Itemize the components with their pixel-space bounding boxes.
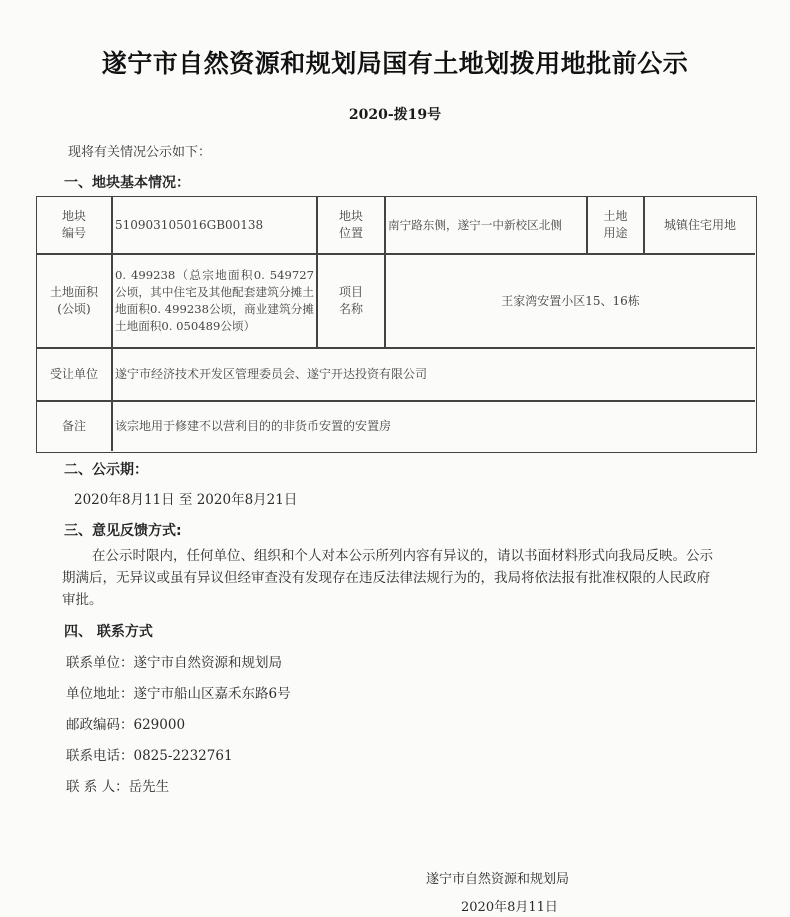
parcel-number-label: 地块 编号 xyxy=(37,197,111,253)
contact-address-value: 遂宁市船山区嘉禾东路6号 xyxy=(134,686,291,702)
contact-unit-label: 联系单位： xyxy=(66,655,134,671)
contact-postcode-label: 邮政编码： xyxy=(66,717,134,733)
contact-phone: 联系电话：0825-2232761 xyxy=(66,744,233,764)
contact-postcode-value: 629000 xyxy=(134,717,186,733)
parcel-location-value: 南宁路东侧，遂宁一中新校区北侧 xyxy=(386,197,586,253)
project-name-value: 王家湾安置小区15、16栋 xyxy=(386,255,755,347)
section3-heading: 三、意见反馈方式: xyxy=(64,520,182,540)
land-area-label: 土地面积 (公顷) xyxy=(37,255,111,347)
contact-address: 单位地址：遂宁市船山区嘉禾东路6号 xyxy=(66,682,291,702)
remark-value: 该宗地用于修建不以营利目的的非货币安置的安置房 xyxy=(113,402,755,451)
section2-heading: 二、公示期： xyxy=(64,459,148,479)
section4-heading: 四、 联系方式 xyxy=(64,621,153,641)
intro-text: 现将有关情况公示如下： xyxy=(68,141,211,160)
contact-person-value: 岳先生 xyxy=(129,779,170,795)
contact-person: 联 系 人：岳先生 xyxy=(66,775,169,795)
section1-heading: 一、地块基本情况： xyxy=(64,172,190,192)
contact-address-label: 单位地址： xyxy=(66,686,134,702)
contact-phone-label: 联系电话： xyxy=(66,748,134,764)
contact-phone-value: 0825-2232761 xyxy=(134,748,233,764)
contact-postcode: 邮政编码：629000 xyxy=(66,713,185,733)
feedback-paragraph: 在公示时限内，任何单位、组织和个人对本公示所列内容有异议的，请以书面材料形式向我… xyxy=(62,545,722,611)
contact-unit-value: 遂宁市自然资源和规划局 xyxy=(134,655,283,671)
signature-issuer: 遂宁市自然资源和规划局 xyxy=(426,868,569,887)
parcel-number-value: 510903105016GB00138 xyxy=(113,197,316,253)
parcel-info-table: 地块 编号 510903105016GB00138 地块 位置 南宁路东侧，遂宁… xyxy=(36,196,757,453)
project-name-label: 项目 名称 xyxy=(318,255,384,347)
document-title: 遂宁市自然资源和规划局国有土地划拨用地批前公示 xyxy=(0,44,790,80)
signature-date: 2020年8月11日 xyxy=(461,896,558,915)
land-area-value: 0. 499238（总宗地面积0. 549727公顷，其中住宅及其他配套建筑分摊… xyxy=(113,255,316,347)
remark-label: 备注 xyxy=(37,402,111,451)
publicity-period: 2020年8月11日 至 2020年8月21日 xyxy=(74,488,297,508)
assignee-label: 受让单位 xyxy=(37,349,111,400)
assignee-value: 遂宁市经济技术开发区管理委员会、遂宁开达投资有限公司 xyxy=(113,349,755,400)
document-number: 2020-拨19号 xyxy=(0,104,790,124)
contact-unit: 联系单位：遂宁市自然资源和规划局 xyxy=(66,651,282,671)
land-use-value: 城镇住宅用地 xyxy=(645,197,755,253)
land-use-label: 土地 用途 xyxy=(588,197,643,253)
parcel-location-label: 地块 位置 xyxy=(318,197,384,253)
contact-person-label: 联 系 人： xyxy=(66,779,129,795)
